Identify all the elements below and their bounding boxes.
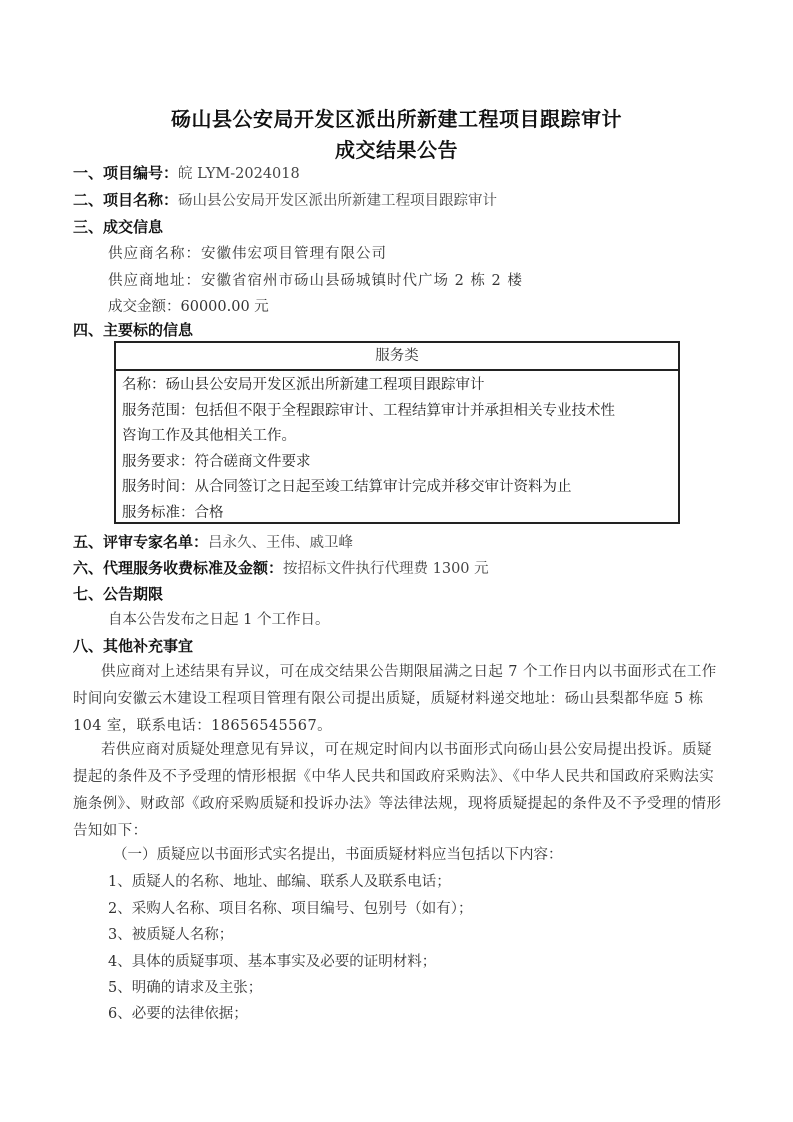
list-item: 2、采购人名称、项目名称、项目编号、包别号（如有）； (108, 899, 472, 919)
table-header: 服务类 (116, 343, 678, 371)
experts-value: 吕永久、王伟、戚卫峰 (208, 535, 353, 551)
section-project-name: 二、项目名称：砀山县公安局开发区派出所新建工程项目跟踪审计 (73, 190, 497, 211)
section-heading: 五、评审专家名单： (73, 533, 208, 551)
section-heading: 七、公告期限 (73, 585, 163, 603)
table-row: 名称：砀山县公安局开发区派出所新建工程项目跟踪审计 (122, 373, 672, 399)
supplier-name: 供应商名称：安徽伟宏项目管理有限公司 (108, 244, 387, 264)
section-heading: 三、成交信息 (73, 218, 163, 236)
notice-period-value: 自本公告发布之日起 1 个工作日。 (108, 610, 329, 630)
section-notice-period: 七、公告期限 (73, 584, 163, 605)
paragraph-complaint: 若供应商对质疑处理意见有异议，可在规定时间内以书面形式向砀山县公安局提出投诉。质… (73, 737, 723, 845)
project-number-value: 皖 LYM-2024018 (178, 166, 300, 182)
section-project-number: 一、项目编号：皖 LYM-2024018 (73, 163, 300, 184)
deal-amount: 成交金额：60000.00 元 (108, 297, 269, 317)
list-item: 1、质疑人的名称、地址、邮编、联系人及联系电话； (108, 872, 451, 892)
table-body: 名称：砀山县公安局开发区派出所新建工程项目跟踪审计 服务范围：包括但不限于全程跟… (116, 371, 678, 526)
table-row: 服务时间：从合同签订之日起至竣工结算审计完成并移交审计资料为止 (122, 475, 672, 501)
document-title-line1: 砀山县公安局开发区派出所新建工程项目跟踪审计 (0, 103, 793, 132)
list-item: 4、具体的质疑事项、基本事实及必要的证明材料； (108, 952, 436, 972)
table-row: 服务范围：包括但不限于全程跟踪审计、工程结算审计并承担相关专业技术性 (122, 399, 672, 425)
table-row: 服务标准：合格 (122, 501, 672, 527)
table-row: 服务要求：符合磋商文件要求 (122, 450, 672, 476)
section-other-matters: 八、其他补充事宜 (73, 636, 193, 657)
list-item: 5、明确的请求及主张； (108, 978, 262, 998)
objection-requirements-heading: （一）质疑应以书面形式实名提出，书面质疑材料应当包括以下内容： (113, 845, 563, 865)
list-item: 6、必要的法律依据； (108, 1004, 248, 1024)
section-main-subject: 四、主要标的信息 (73, 320, 193, 341)
agency-fee-value: 按招标文件执行代理费 1300 元 (283, 561, 489, 577)
list-item: 3、被质疑人名称； (108, 925, 233, 945)
section-experts: 五、评审专家名单：吕永久、王伟、戚卫峰 (73, 532, 353, 553)
table-row: 咨询工作及其他相关工作。 (122, 424, 672, 450)
document-title-line2: 成交结果公告 (0, 134, 793, 163)
section-heading: 四、主要标的信息 (73, 321, 193, 339)
section-heading: 八、其他补充事宜 (73, 637, 193, 655)
paragraph-objection: 供应商对上述结果有异议，可在成交结果公告期限届满之日起 7 个工作日内以书面形式… (73, 659, 723, 740)
section-heading: 一、项目编号： (73, 164, 178, 182)
section-heading: 六、代理服务收费标准及金额： (73, 559, 283, 577)
project-name-value: 砀山县公安局开发区派出所新建工程项目跟踪审计 (178, 193, 497, 209)
section-agency-fee: 六、代理服务收费标准及金额：按招标文件执行代理费 1300 元 (73, 558, 489, 579)
section-deal-info: 三、成交信息 (73, 217, 163, 238)
subject-info-table: 服务类 名称：砀山县公安局开发区派出所新建工程项目跟踪审计 服务范围：包括但不限… (114, 341, 680, 524)
section-heading: 二、项目名称： (73, 191, 178, 209)
supplier-address: 供应商地址：安徽省宿州市砀山县砀城镇时代广场 2 栋 2 楼 (108, 271, 523, 291)
document-page: 砀山县公安局开发区派出所新建工程项目跟踪审计 成交结果公告 一、项目编号：皖 L… (0, 0, 793, 1122)
